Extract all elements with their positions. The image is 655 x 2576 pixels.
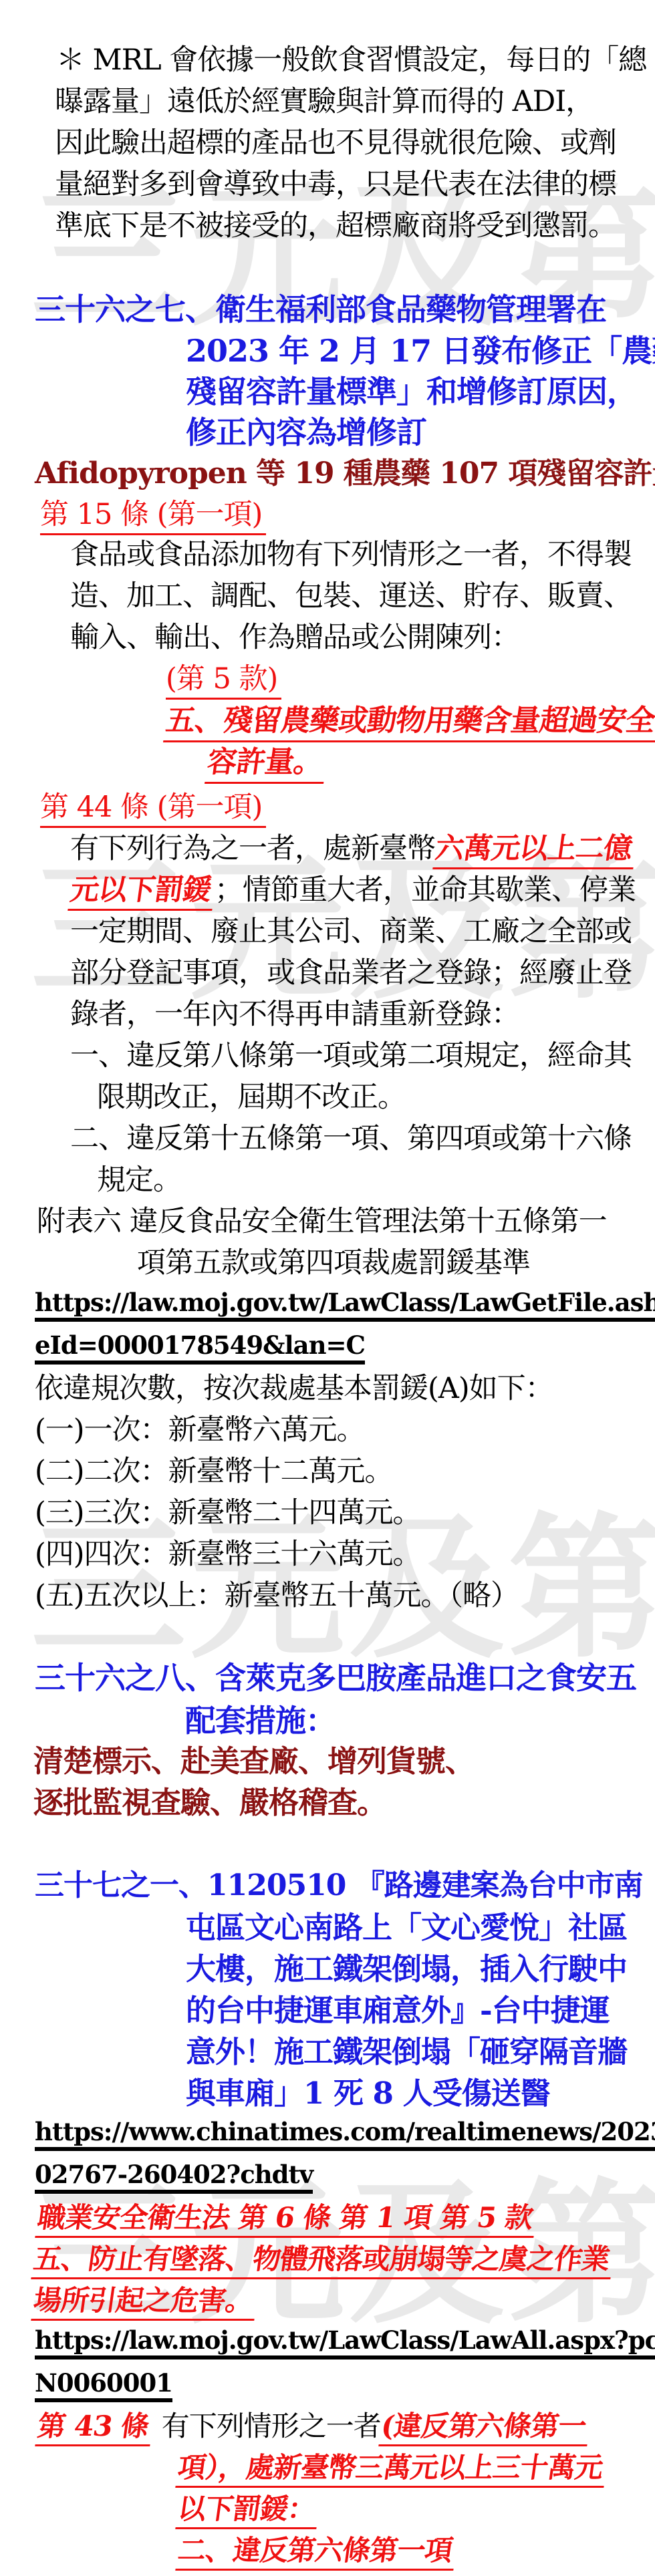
fine-schedule-intro: 依違規次數，按次裁處基本罰鍰(A)如下： <box>35 1373 553 1405</box>
topic-37-1-heading: 三十七之一、1120510 『路邊建案為台中市南 <box>35 1869 643 1903</box>
article-44-item-2-text: 規定。 <box>97 1163 181 1197</box>
clause-5-text-text: 五、殘留農藥或動物用藥含量超過安全 <box>163 704 655 742</box>
mrl-note-line: ＊ MRL 會依據一般飲食習慣設定，每日的「總 <box>56 44 646 77</box>
mrl-note-line: 因此驗出超標的產品也不見得就很危險、或劑 <box>55 127 616 160</box>
topic-36-8-heading-text: 配套措施： <box>185 1703 336 1739</box>
article-44-item-2: 規定。 <box>97 1164 181 1197</box>
mrl-note-line-text: 量絕對多到會導致中毒，只是代表在法律的標 <box>55 168 616 201</box>
mrl-note-line-text: 準底下是不被接受的，超標廠商將受到懲罰。 <box>55 209 616 243</box>
appendix-6-title: 附表六 違反食品安全衛生管理法第十五條第一 <box>37 1205 607 1238</box>
document-page: 三元及第三元及第三元及第三元及第＊ MRL 會依據一般飲食習慣設定，每日的「總曝… <box>0 0 655 2576</box>
article-44-text: 元以下罰鍰；情節重大者，並命其歇業、停業 <box>70 874 636 911</box>
topic-37-1-heading-text: 大樓，施工鐵架倒塌，插入行駛中 <box>186 1951 627 1987</box>
appendix-6-title: 項第五款或第四項裁處罰鍰基準 <box>137 1247 530 1280</box>
chinatimes-news-url[interactable]: https://www.chinatimes.com/realtimenews/… <box>35 2118 655 2147</box>
topic-36-7-heading-text: 2023 年 2 月 17 日發布修正「農藥 <box>186 333 655 369</box>
law-getfile-url-text[interactable]: eId=0000178549&lan=C <box>35 1330 365 1365</box>
article-43-line-text: (違反第六條第一 <box>378 2410 592 2446</box>
article-44-text-text: 一定期間、廢止其公司、商業、工廠之全部或 <box>70 915 632 948</box>
mrl-note-line: 曝露量」遠低於經實驗與計算而得的 ADI， <box>55 86 594 118</box>
article-43-line-text: 有下列情形之一者 <box>162 2410 381 2442</box>
measures-line: 逐批監視查驗、嚴格稽查。 <box>33 1785 386 1820</box>
mrl-note-line-text: ＊ MRL 會依據一般飲食習慣設定，每日的「總 <box>56 43 646 77</box>
topic-37-1-heading-text: 屯區文心南路上「文心愛悅」社區 <box>186 1910 627 1945</box>
fine-schedule-item: (五)五次以上：新臺幣五十萬元。（略） <box>35 1580 519 1612</box>
mrl-note-line-text: 曝露量」遠低於經實驗與計算而得的 ADI， <box>55 85 594 118</box>
measures-line-text: 逐批監視查驗、嚴格稽查。 <box>33 1785 386 1820</box>
mrl-note-line-text: 因此驗出超標的產品也不見得就很危險、或劑 <box>55 126 616 160</box>
article-44-text-text: 元以下罰鍰 <box>68 874 217 911</box>
measures-line-text: 清楚標示、赴美查廠、增列貨號、 <box>33 1743 475 1779</box>
article-43-line-text: 項），處新臺幣三萬元以上三十萬元 <box>175 2452 609 2488</box>
appendix-6-title-text: 附表六 違反食品安全衛生管理法第十五條第一 <box>37 1205 607 1238</box>
article-44-text-text: 有下列行為之一者，處新臺幣 <box>70 832 435 865</box>
article-44-text-text: 六萬元以上二億 <box>432 833 638 869</box>
article-44-item-1: 一、違反第八條第一項或第二項規定，經命其 <box>70 1040 632 1072</box>
fine-schedule-item-text: (五)五次以上：新臺幣五十萬元。（略） <box>35 1579 519 1612</box>
topic-37-1-heading: 屯區文心南路上「文心愛悅」社區 <box>186 1910 627 1945</box>
topic-37-1-heading-text: 與車廂」1 死 8 人受傷送醫 <box>186 2076 550 2111</box>
article-44-text: 有下列行為之一者，處新臺幣六萬元以上二億 <box>70 833 636 869</box>
fine-schedule-item-text: (二)二次：新臺幣十二萬元。 <box>35 1455 393 1488</box>
article-43-line: 項），處新臺幣三萬元以上三十萬元 <box>178 2452 606 2488</box>
article-43-line-text: 第 43 條 <box>35 2410 154 2446</box>
article-44-text: 部分登記事項，或食品業者之登錄；經廢止登 <box>70 957 632 990</box>
osh-law-clause-text-text: 五、防止有墜落、物體飛落或崩塌等之虞之作業 <box>31 2243 616 2279</box>
article-44-heading: 第 44 條 (第一項) <box>40 791 266 824</box>
topic-37-1-heading-text: 意外！施工鐵架倒塌「砸穿隔音牆 <box>186 2034 627 2069</box>
chinatimes-news-url-text[interactable]: 02767-260402?chdtv <box>35 2160 313 2194</box>
topic-36-7-heading: 修正內容為增修訂 <box>186 415 426 450</box>
mrl-note-line: 準底下是不被接受的，超標廠商將受到懲罰。 <box>55 210 616 243</box>
article-43-line: 第 43 條有下列情形之一者(違反第六條第一 <box>37 2410 589 2446</box>
article-44-item-2-text: 二、違反第十五條第一項、第四項或第十六條 <box>70 1122 632 1155</box>
article-15-text-text: 食品或食品添加物有下列情形之一者，不得製 <box>70 538 632 571</box>
clause-5-label: (第 5 款) <box>166 663 281 696</box>
fine-schedule-item-text: (四)四次：新臺幣三十六萬元。 <box>35 1538 421 1571</box>
article-15-text-text: 造、加工、調配、包裝、運送、貯存、販賣、 <box>70 579 632 613</box>
article-44-item-2: 二、違反第十五條第一項、第四項或第十六條 <box>70 1123 632 1155</box>
chinatimes-news-url[interactable]: 02767-260402?chdtv <box>35 2160 313 2190</box>
article-15-text: 食品或食品添加物有下列情形之一者，不得製 <box>70 539 632 571</box>
fine-schedule-item-text: (一)一次：新臺幣六萬元。 <box>35 1413 365 1447</box>
article-15-text: 造、加工、調配、包裝、運送、貯存、販賣、 <box>70 580 632 613</box>
topic-36-7-heading: 2023 年 2 月 17 日發布修正「農藥 <box>186 333 655 369</box>
osh-law-clause-text: 場所引起之危害。 <box>33 2285 257 2321</box>
fine-schedule-item: (三)三次：新臺幣二十四萬元。 <box>35 1497 421 1530</box>
article-44-heading-text: 第 44 條 (第一項) <box>40 791 266 828</box>
clause-5-label-text: (第 5 款) <box>166 662 281 700</box>
osh-law-url-text[interactable]: https://law.moj.gov.tw/LawClass/LawAll.a… <box>35 2325 655 2359</box>
fine-schedule-item-text: (三)三次：新臺幣二十四萬元。 <box>35 1496 421 1530</box>
article-44-item-1-text: 一、違反第八條第一項或第二項規定，經命其 <box>70 1039 632 1072</box>
measures-line: 清楚標示、赴美查廠、增列貨號、 <box>33 1744 475 1779</box>
clause-5-text: 五、殘留農藥或動物用藥含量超過安全 <box>166 704 655 742</box>
osh-law-clause-heading: 職業安全衛生法 第 6 條 第 1 項 第 5 款 <box>37 2202 536 2238</box>
article-15-heading-text: 第 15 條 (第一項) <box>40 498 266 535</box>
topic-37-1-heading: 與車廂」1 死 8 人受傷送醫 <box>186 2076 550 2111</box>
osh-law-clause-heading-text: 職業安全衛生法 第 6 條 第 1 項 第 5 款 <box>35 2202 539 2238</box>
article-43-line-text: 以下罰鍰： <box>175 2493 321 2529</box>
article-44-item-1: 限期改正，屆期不改正。 <box>97 1081 406 1114</box>
clause-5-text: 容許量。 <box>207 746 326 784</box>
article-44-text-text: 錄者，一年內不得再申請重新登錄： <box>70 998 519 1031</box>
pesticide-amendment-summary-text: Afidopyropen 等 19 種農藥 107 項殘留容許量。 <box>35 456 655 490</box>
article-15-text: 輸入、輸出、作為贈品或公開陳列： <box>70 621 519 654</box>
osh-law-clause-text-text: 場所引起之危害。 <box>31 2285 259 2321</box>
osh-law-url[interactable]: https://law.moj.gov.tw/LawClass/LawAll.a… <box>35 2326 655 2355</box>
chinatimes-news-url-text[interactable]: https://www.chinatimes.com/realtimenews/… <box>35 2117 655 2151</box>
osh-law-url-text[interactable]: N0060001 <box>35 2368 172 2402</box>
article-43-item-2: 二、違反第六條第一項 <box>178 2535 456 2571</box>
topic-36-7-heading-text: 修正內容為增修訂 <box>186 414 426 450</box>
clause-5-text-text: 容許量。 <box>205 746 329 784</box>
osh-law-url[interactable]: N0060001 <box>35 2369 172 2398</box>
appendix-6-title-text: 項第五款或第四項裁處罰鍰基準 <box>137 1246 530 1280</box>
law-getfile-url[interactable]: https://law.moj.gov.tw/LawClass/LawGetFi… <box>35 1288 655 1318</box>
osh-law-clause-text: 五、防止有墜落、物體飛落或崩塌等之虞之作業 <box>33 2243 613 2279</box>
article-44-text-text: 部分登記事項，或食品業者之登錄；經廢止登 <box>70 956 632 990</box>
topic-36-7-heading: 三十六之七、衛生福利部食品藥物管理署在 <box>35 292 606 327</box>
topic-36-7-heading-text: 殘留容許量標準」和增修訂原因， <box>186 374 637 410</box>
article-43-item-2-text: 二、違反第六條第一項 <box>175 2535 458 2571</box>
topic-37-1-heading-text: 三十七之一、1120510 『路邊建案為台中市南 <box>35 1868 643 1902</box>
pesticide-amendment-summary: Afidopyropen 等 19 種農藥 107 項殘留容許量。 <box>35 457 655 491</box>
topic-37-1-heading: 的台中捷運車廂意外』-台中捷運 <box>186 1993 610 2028</box>
article-44-item-1-text: 限期改正，屆期不改正。 <box>97 1081 406 1114</box>
topic-36-7-heading: 殘留容許量標準」和增修訂原因， <box>186 374 637 410</box>
fine-schedule-item: (四)四次：新臺幣三十六萬元。 <box>35 1538 421 1571</box>
mrl-note-line: 量絕對多到會導致中毒，只是代表在法律的標 <box>55 168 616 201</box>
topic-37-1-heading: 大樓，施工鐵架倒塌，插入行駛中 <box>186 1952 627 1987</box>
topic-36-8-heading-text: 三十六之八、含萊克多巴胺產品進口之食安五 <box>35 1660 636 1696</box>
article-43-line: 以下罰鍰： <box>178 2493 319 2529</box>
topic-37-1-heading: 意外！施工鐵架倒塌「砸穿隔音牆 <box>186 2035 627 2069</box>
article-15-heading: 第 15 條 (第一項) <box>40 498 266 531</box>
fine-schedule-intro-text: 依違規次數，按次裁處基本罰鍰(A)如下： <box>35 1372 553 1405</box>
topic-36-8-heading: 三十六之八、含萊克多巴胺產品進口之食安五 <box>35 1661 636 1696</box>
topic-36-8-heading: 配套措施： <box>185 1703 336 1739</box>
article-44-text-text: ；情節重大者，並命其歇業、停業 <box>215 873 636 907</box>
topic-36-7-heading-text: 三十六之七、衛生福利部食品藥物管理署在 <box>35 291 606 327</box>
topic-37-1-heading-text: 的台中捷運車廂意外』-台中捷運 <box>186 1993 610 2028</box>
article-44-text: 一定期間、廢止其公司、商業、工廠之全部或 <box>70 915 632 948</box>
law-getfile-url[interactable]: eId=0000178549&lan=C <box>35 1331 365 1361</box>
fine-schedule-item: (一)一次：新臺幣六萬元。 <box>35 1414 365 1447</box>
article-15-text-text: 輸入、輸出、作為贈品或公開陳列： <box>70 621 519 654</box>
fine-schedule-item: (二)二次：新臺幣十二萬元。 <box>35 1455 393 1488</box>
article-44-text: 錄者，一年內不得再申請重新登錄： <box>70 998 519 1031</box>
law-getfile-url-text[interactable]: https://law.moj.gov.tw/LawClass/LawGetFi… <box>35 1288 655 1322</box>
